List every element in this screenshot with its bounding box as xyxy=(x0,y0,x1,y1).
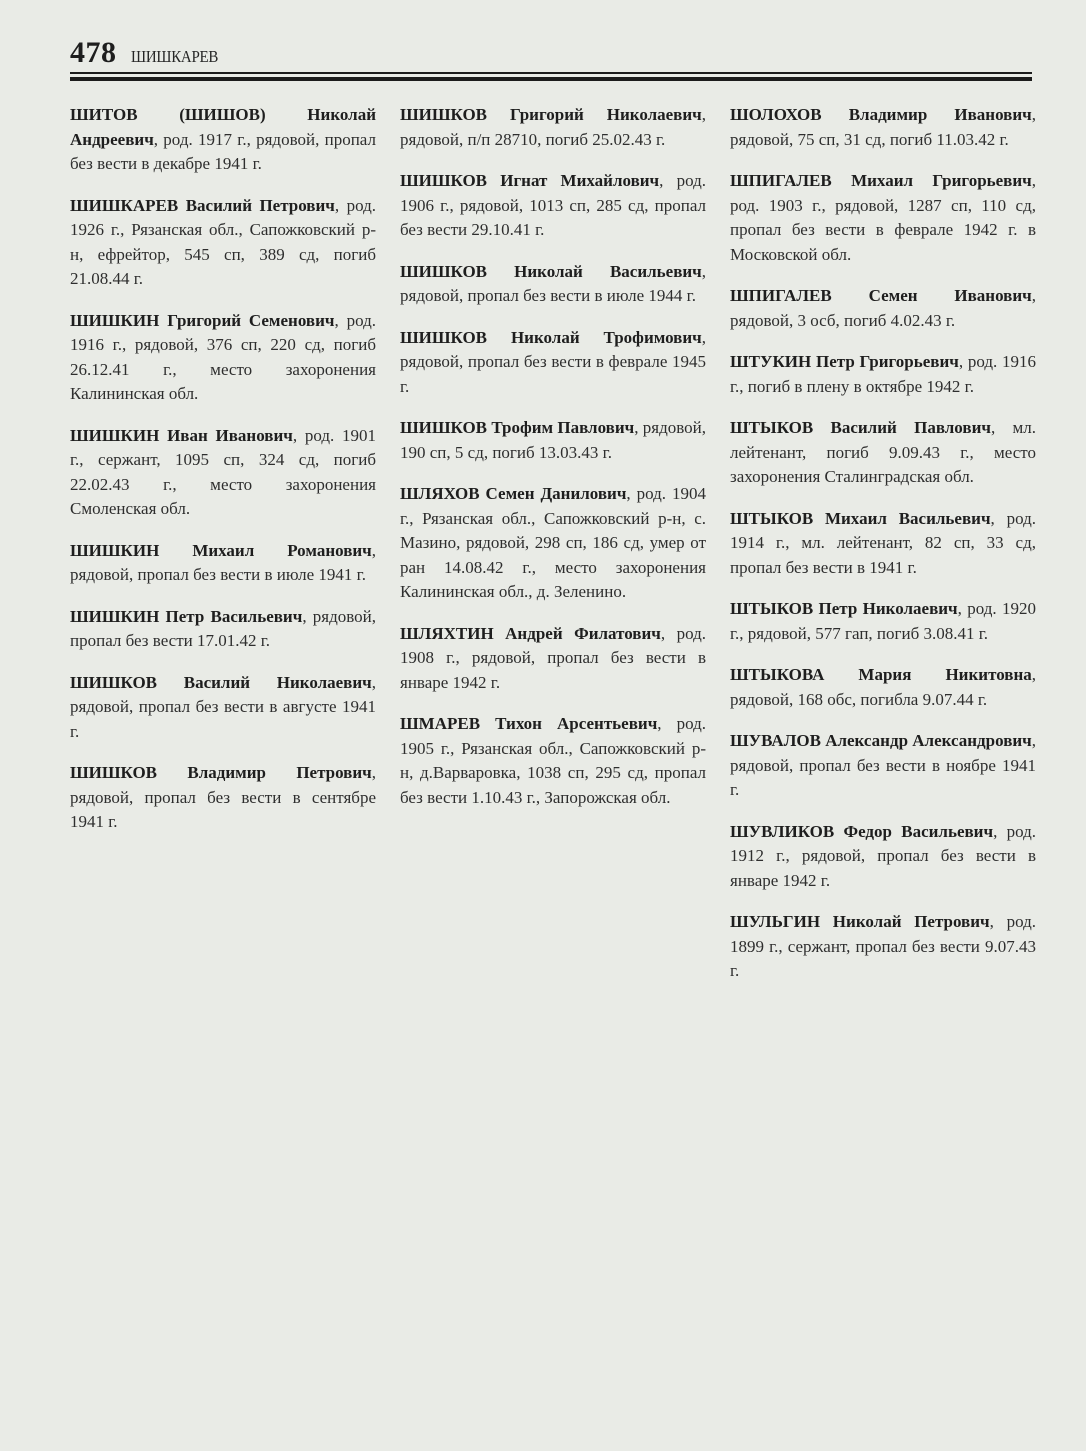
register-entry: ШИШКОВ Василий Николаевич, рядовой, проп… xyxy=(70,671,376,745)
entry-surname: ШТЫКОВА xyxy=(730,665,824,684)
register-entry: ШИТОВ (ШИШОВ) Николай Андреевич, род. 19… xyxy=(70,103,376,177)
entry-surname: ШУЛЬГИН xyxy=(730,912,820,931)
page-header: 478 ШИШКАРЕВ xyxy=(70,36,229,70)
register-entry: ШИШКОВ Владимир Петрович, рядовой, пропа… xyxy=(70,761,376,835)
register-entry: ШЛЯХТИН Андрей Филатович, род. 1908 г., … xyxy=(400,622,706,696)
entry-given-name: Василий Николаевич xyxy=(184,673,372,692)
running-head: ШИШКАРЕВ xyxy=(131,47,218,67)
register-entry: ШИШКОВ Николай Трофимович, рядовой, проп… xyxy=(400,326,706,400)
entry-given-name: Николай Петрович xyxy=(833,912,990,931)
register-entry: ШМАРЕВ Тихон Арсентьевич, род. 1905 г., … xyxy=(400,712,706,810)
entry-surname: ШОЛОХОВ xyxy=(730,105,822,124)
entry-given-name: Петр Николаевич xyxy=(819,599,958,618)
entry-given-name: Петр Васильевич xyxy=(166,607,303,626)
entry-given-name: Григорий Семенович xyxy=(167,311,334,330)
register-entry: ШУВЛИКОВ Федор Васильевич, род. 1912 г.,… xyxy=(730,820,1036,894)
register-entry: ШИШКАРЕВ Василий Петрович, род. 1926 г.,… xyxy=(70,194,376,292)
column-1: ШИТОВ (ШИШОВ) Николай Андреевич, род. 19… xyxy=(70,86,376,992)
register-entry: ШТЫКОВ Михаил Васильевич, род. 1914 г., … xyxy=(730,507,1036,581)
entry-surname: ШУВАЛОВ xyxy=(730,731,821,750)
entry-given-name: Михаил Романович xyxy=(192,541,371,560)
entry-surname: ШИШКАРЕВ xyxy=(70,196,178,215)
entry-given-name: Семен Иванович xyxy=(869,286,1032,305)
register-entry: ШИШКОВ Игнат Михайлович, род. 1906 г., р… xyxy=(400,169,706,243)
register-entry: ШУЛЬГИН Николай Петрович, род. 1899 г., … xyxy=(730,910,1036,984)
entry-given-name: Тихон Арсентьевич xyxy=(495,714,657,733)
register-entry: ШОЛОХОВ Владимир Иванович, рядовой, 75 с… xyxy=(730,103,1036,152)
entry-given-name: Владимир Иванович xyxy=(849,105,1032,124)
entry-surname: ШПИГАЛЕВ xyxy=(730,171,832,190)
entry-given-name: Игнат Михайлович xyxy=(500,171,659,190)
entry-given-name: Василий Петрович xyxy=(186,196,335,215)
entry-surname: ШМАРЕВ xyxy=(400,714,480,733)
entry-surname: ШТЫКОВ xyxy=(730,418,813,437)
entry-surname: ШИШКОВ xyxy=(400,418,487,437)
entry-surname: ШЛЯХТИН xyxy=(400,624,494,643)
column-2: ШИШКОВ Григорий Николаевич, рядовой, п/п… xyxy=(400,86,706,992)
entry-given-name: Семен Данилович xyxy=(486,484,627,503)
entry-surname: ШИТОВ (ШИШОВ) xyxy=(70,105,266,124)
register-entry: ШТЫКОВ Василий Павлович, мл. лейтенант, … xyxy=(730,416,1036,490)
register-entry: ШИШКОВ Николай Васильевич, рядовой, проп… xyxy=(400,260,706,309)
register-entry: ШТУКИН Петр Григорьевич, род. 1916 г., п… xyxy=(730,350,1036,399)
register-entry: ШИШКИН Григорий Семенович, род. 1916 г.,… xyxy=(70,309,376,407)
entry-surname: ШУВЛИКОВ xyxy=(730,822,834,841)
entry-given-name: Михаил Григорьевич xyxy=(851,171,1032,190)
entry-surname: ШТЫКОВ xyxy=(730,599,813,618)
entry-given-name: Федор Васильевич xyxy=(843,822,993,841)
entry-given-name: Василий Павлович xyxy=(830,418,990,437)
entry-given-name: Михаил Васильевич xyxy=(825,509,991,528)
entry-surname: ШИШКОВ xyxy=(400,262,487,281)
entry-surname: ШИШКИН xyxy=(70,426,159,445)
entry-given-name: Владимир Петрович xyxy=(187,763,371,782)
register-entry: ШПИГАЛЕВ Семен Иванович, рядовой, 3 осб,… xyxy=(730,284,1036,333)
register-entry: ШИШКОВ Трофим Павлович, рядовой, 190 сп,… xyxy=(400,416,706,465)
text-columns: ШИТОВ (ШИШОВ) Николай Андреевич, род. 19… xyxy=(70,86,1036,992)
entry-surname: ШТЫКОВ xyxy=(730,509,813,528)
register-entry: ШЛЯХОВ Семен Данилович, род. 1904 г., Ря… xyxy=(400,482,706,605)
entry-given-name: Мария Никитовна xyxy=(858,665,1031,684)
register-entry: ШИШКИН Иван Иванович, род. 1901 г., серж… xyxy=(70,424,376,522)
entry-surname: ШИШКИН xyxy=(70,311,159,330)
page-number: 478 xyxy=(70,36,117,70)
register-entry: ШИШКИН Михаил Романович, рядовой, пропал… xyxy=(70,539,376,588)
entry-surname: ШПИГАЛЕВ xyxy=(730,286,832,305)
register-entry: ШПИГАЛЕВ Михаил Григорьевич, род. 1903 г… xyxy=(730,169,1036,267)
header-rule-thin xyxy=(70,72,1032,74)
entry-surname: ШИШКОВ xyxy=(400,328,487,347)
entry-given-name: Николай Васильевич xyxy=(514,262,702,281)
entry-surname: ШИШКОВ xyxy=(400,105,487,124)
entry-given-name: Александр Александрович xyxy=(825,731,1032,750)
register-entry: ШИШКИН Петр Васильевич, рядовой, пропал … xyxy=(70,605,376,654)
entry-given-name: Иван Иванович xyxy=(167,426,293,445)
register-entry: ШИШКОВ Григорий Николаевич, рядовой, п/п… xyxy=(400,103,706,152)
entry-surname: ШИШКИН xyxy=(70,541,159,560)
entry-given-name: Трофим Павлович xyxy=(491,418,634,437)
header-rule-thick xyxy=(70,77,1032,81)
column-3: ШОЛОХОВ Владимир Иванович, рядовой, 75 с… xyxy=(730,86,1036,992)
entry-given-name: Андрей Филатович xyxy=(505,624,661,643)
entry-given-name: Николай Трофимович xyxy=(511,328,702,347)
register-entry: ШТЫКОВ Петр Николаевич, род. 1920 г., ря… xyxy=(730,597,1036,646)
entry-surname: ШИШКОВ xyxy=(70,673,157,692)
entry-surname: ШЛЯХОВ xyxy=(400,484,480,503)
entry-surname: ШИШКОВ xyxy=(70,763,157,782)
register-entry: ШУВАЛОВ Александр Александрович, рядовой… xyxy=(730,729,1036,803)
entry-surname: ШТУКИН xyxy=(730,352,811,371)
entry-given-name: Петр Григорьевич xyxy=(816,352,959,371)
entry-surname: ШИШКИН xyxy=(70,607,159,626)
entry-surname: ШИШКОВ xyxy=(400,171,487,190)
register-entry: ШТЫКОВА Мария Никитовна, рядовой, 168 об… xyxy=(730,663,1036,712)
entry-given-name: Григорий Николаевич xyxy=(510,105,702,124)
